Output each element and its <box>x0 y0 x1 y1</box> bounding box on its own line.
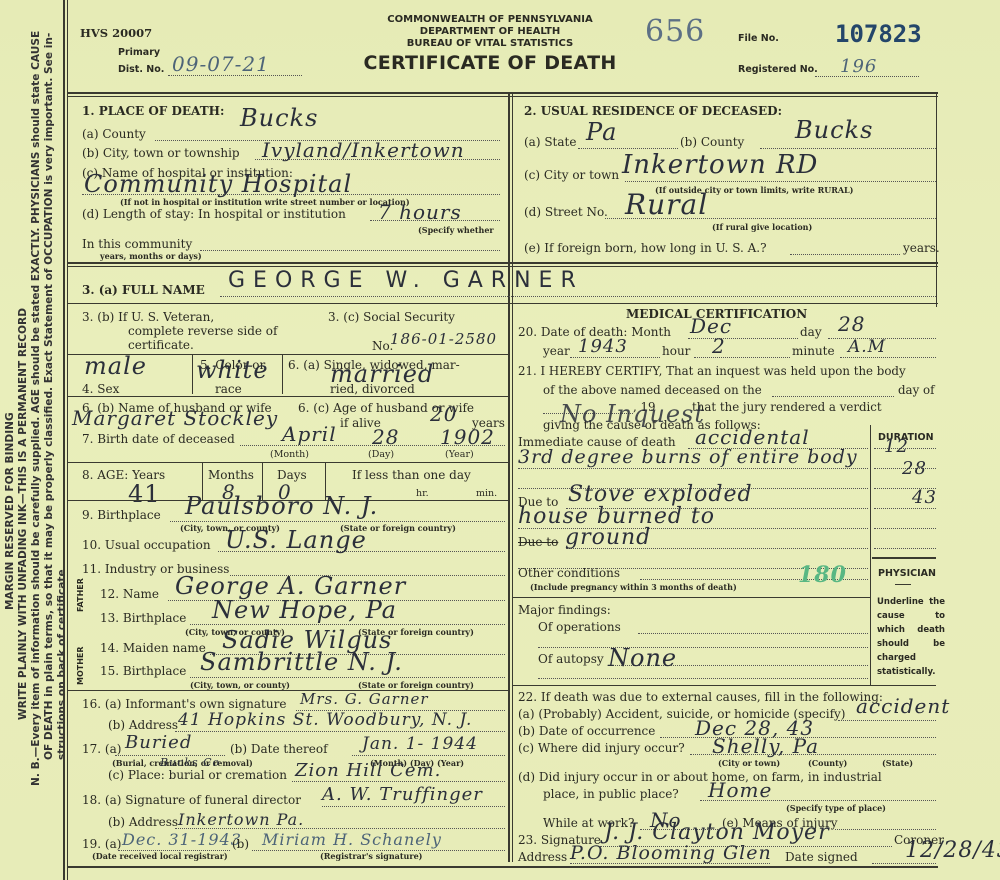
min-label: min. <box>476 488 497 499</box>
injury-place-label-1: (d) Did injury occur in or about home, o… <box>518 770 882 784</box>
death-certificate: MARGIN RESERVED FOR BINDING WRITE PLAINL… <box>0 0 1000 880</box>
veteran-label-2: complete reverse side of <box>128 324 277 338</box>
death-hour-label: hour <box>662 344 690 358</box>
injury-place-note: (Specify type of place) <box>786 803 886 813</box>
other-conditions-note: (Include pregnancy within 3 months of de… <box>530 582 737 592</box>
res-county-value[interactable]: Bucks <box>795 116 873 144</box>
funeral-address-value[interactable]: Inkertown Pa. <box>178 810 304 829</box>
page-title: CERTIFICATE OF DEATH <box>360 52 620 74</box>
form-code: HVS 20007 <box>80 26 152 40</box>
column-divider-inner <box>512 92 513 862</box>
frame-left <box>63 0 65 880</box>
res-state-value[interactable]: Pa <box>586 118 617 146</box>
pod-hospital-value[interactable]: Community Hospital <box>84 170 352 198</box>
funeral-director-value[interactable]: A. W. Truffinger <box>322 784 483 805</box>
mother-birthplace-state-note: (State or foreign country) <box>358 680 474 690</box>
agency-line-2: DEPARTMENT OF HEALTH <box>360 26 620 38</box>
external-type-value[interactable]: accident <box>856 694 950 718</box>
agency-line-3: BUREAU OF VITAL STATISTICS <box>360 38 620 50</box>
pod-city-label: (b) City, town or township <box>82 146 240 160</box>
res-foreign-label: (e) If foreign born, how long in U. S. A… <box>524 241 767 255</box>
margin-note-1: MARGIN RESERVED FOR BINDING <box>4 10 17 820</box>
race-value[interactable]: white <box>196 356 269 384</box>
ssn-label: 3. (c) Social Security <box>328 310 455 324</box>
certify-line-1: 21. I HEREBY CERTIFY, That an inquest wa… <box>518 364 906 378</box>
registered-no-label: Registered No. <box>738 64 818 75</box>
pod-city-value[interactable]: Ivyland/Inkertown <box>262 138 465 162</box>
certify-line-2: of the above named deceased on the <box>543 383 762 397</box>
file-no-value: 107823 <box>835 20 922 48</box>
injury-state-note: (State) <box>882 758 913 768</box>
race-label-2: race <box>215 382 242 396</box>
disposition-label: 17. (a) <box>82 742 121 756</box>
father-birthplace-label: 13. Birthplace <box>100 611 186 625</box>
registrar-signature-label: (b) <box>232 837 249 851</box>
sex-value[interactable]: male <box>84 352 147 380</box>
other-conditions-label: Other conditions <box>518 566 620 580</box>
death-year-label: year <box>543 344 570 358</box>
duration-value-1[interactable]: 12 <box>884 436 909 457</box>
duration-value-3[interactable]: 43 <box>912 487 937 508</box>
burial-place-annotation: Bucks Co <box>160 756 220 769</box>
other-conditions-stamp: 180 <box>798 562 847 588</box>
certify-line-2b: day of <box>898 383 934 397</box>
margin-note-4: OF DEATH in plain terms, so that it may … <box>43 10 56 820</box>
ssn-value[interactable]: 186-01-2580 <box>390 330 497 348</box>
binding-margin-notes: MARGIN RESERVED FOR BINDING WRITE PLAINL… <box>4 10 62 870</box>
father-name-label: 12. Name <box>100 587 159 601</box>
funeral-director-label: 18. (a) Signature of funeral director <box>82 793 301 807</box>
res-foreign-unit: years. <box>903 241 940 255</box>
frame-right-top <box>936 92 937 307</box>
certify-line-3b: that the jury rendered a verdict <box>692 400 882 414</box>
mother-birthplace-label: 15. Birthplace <box>100 664 186 678</box>
birth-year-note: (Year) <box>445 449 474 460</box>
occurrence-date-label: (b) Date of occurrence <box>518 724 655 738</box>
pod-community-note: years, months or days) <box>100 251 202 261</box>
registrar-date-value[interactable]: Dec. 31-1943 <box>122 830 242 849</box>
death-hour-value[interactable]: 2 <box>712 334 726 358</box>
burial-place-label: (c) Place: burial or cremation <box>108 768 287 782</box>
funeral-address-label: (b) Address <box>108 815 178 829</box>
birthplace-label: 9. Birthplace <box>82 508 161 522</box>
res-county-label: (b) County <box>680 135 744 149</box>
autopsy-label: Of autopsy <box>538 652 604 666</box>
birth-date-label: 7. Birth date of deceased <box>82 432 235 446</box>
mother-birthplace-value[interactable]: Sambrittle N. J. <box>200 648 403 676</box>
birth-day-value[interactable]: 28 <box>372 425 399 449</box>
res-city-value[interactable]: Inkertown RD <box>622 150 818 180</box>
less-than-day-label: If less than one day <box>352 468 471 482</box>
registered-no-value: 196 <box>840 56 877 77</box>
burial-date-value[interactable]: Jan. 1- 1944 <box>362 734 478 754</box>
coroner-address-label: Address <box>518 850 567 864</box>
injury-location-value[interactable]: Shelly, Pa <box>712 734 819 758</box>
injury-place-value[interactable]: Home <box>708 778 772 802</box>
res-city-label: (c) City or town <box>524 168 619 182</box>
dist-no-label: Dist. No. <box>118 64 164 75</box>
frame-left-inner <box>67 0 68 880</box>
burial-place-value[interactable]: Zion Hill Cem. <box>295 760 441 781</box>
injury-city-note: (City or town) <box>718 758 780 768</box>
pod-community-label: In this community <box>82 237 192 251</box>
hr-label: hr. <box>416 488 429 499</box>
due-to-2-value[interactable]: ground <box>565 525 651 550</box>
occupation-value[interactable]: U.S. Lange <box>225 526 367 554</box>
external-heading: 22. If death was due to external causes,… <box>518 690 883 704</box>
informant-signature-value[interactable]: Mrs. G. Garner <box>300 690 429 708</box>
full-name-value[interactable]: GEORGE W. GARNER <box>228 268 584 293</box>
registrar-signature-note: (Registrar's signature) <box>320 851 422 861</box>
file-no-label: File No. <box>738 33 779 44</box>
injury-location-label: (c) Where did injury occur? <box>518 741 685 755</box>
informant-signature-label: 16. (a) Informant's own signature <box>82 697 286 711</box>
burial-date-label: (b) Date thereof <box>230 742 328 756</box>
physician-note: Underline the cause to which death shoul… <box>877 595 945 679</box>
mother-maiden-label: 14. Maiden name <box>100 641 206 655</box>
birth-year-value[interactable]: 1902 <box>440 425 495 449</box>
father-birthplace-value[interactable]: New Hope, Pa <box>212 596 397 624</box>
inquest-marks: No Inquest <box>560 400 705 428</box>
mother-birthplace-city-note: (City, town, or county) <box>190 680 290 690</box>
duration-value-2[interactable]: 28 <box>902 458 927 479</box>
agency-line-1: COMMONWEALTH OF PENNSYLVANIA <box>360 14 620 26</box>
registrar-signature-value[interactable]: Miriam H. Schanely <box>262 830 442 849</box>
autopsy-value[interactable]: None <box>608 644 677 672</box>
sex-label: 4. Sex <box>82 382 119 396</box>
operations-label: Of operations <box>538 620 621 634</box>
veteran-label-3: certificate. <box>128 338 194 352</box>
pod-county-value[interactable]: Bucks <box>240 104 318 132</box>
father-side-label: FATHER <box>76 578 85 612</box>
cause-line-2[interactable]: 3rd degree burns of entire body <box>518 446 858 468</box>
registrar-date-note: (Date received local registrar) <box>92 851 228 861</box>
occupation-label: 10. Usual occupation <box>82 538 211 552</box>
pod-stay-value[interactable]: 7 hours <box>378 200 462 224</box>
place-of-death-heading: 1. PLACE OF DEATH: <box>82 104 224 118</box>
certificate-header: COMMONWEALTH OF PENNSYLVANIA DEPARTMENT … <box>360 14 620 74</box>
date-signed-value[interactable]: 12/28/43 <box>905 838 1000 863</box>
death-minute-label: minute <box>792 344 835 358</box>
spouse-value[interactable]: Margaret Stockley <box>72 406 278 430</box>
res-street-value[interactable]: Rural <box>625 188 708 221</box>
margin-note-3: N. B.—Every item of information should b… <box>30 10 43 820</box>
death-day-label: day <box>800 325 822 339</box>
death-day-value[interactable]: 28 <box>838 312 865 336</box>
column-divider <box>508 92 510 862</box>
veteran-label: 3. (b) If U. S. Veteran, <box>82 310 214 324</box>
marital-label-2: ried, divorced <box>330 382 415 396</box>
informant-address-label: (b) Address <box>108 718 178 732</box>
birth-month-value[interactable]: April <box>282 422 337 446</box>
date-signed-label: Date signed <box>785 850 858 864</box>
death-year-value[interactable]: 1943 <box>578 336 628 357</box>
mother-side-label: MOTHER <box>76 646 85 685</box>
res-street-label: (d) Street No. <box>524 205 608 219</box>
registrar-date-label: 19. (a) <box>82 837 121 851</box>
major-findings-label: Major findings: <box>518 603 611 617</box>
residence-heading: 2. USUAL RESIDENCE OF DECEASED: <box>524 104 782 118</box>
birth-day-note: (Day) <box>368 449 394 460</box>
birthplace-value[interactable]: Paulsboro N. J. <box>185 492 378 520</box>
pod-county-label: (a) County <box>82 127 146 141</box>
pod-stay-note: (Specify whether <box>418 225 494 235</box>
due-to-2-label: Due to <box>518 535 558 549</box>
informant-address-value[interactable]: 41 Hopkins St. Woodbury, N. J. <box>178 710 472 730</box>
margin-number: 656 <box>645 14 705 49</box>
death-minute-value[interactable]: A.M <box>848 337 886 357</box>
res-state-label: (a) State <box>524 135 576 149</box>
pod-hospital-note: (If not in hospital or institution write… <box>120 197 410 207</box>
margin-note-2: WRITE PLAINLY WITH UNFADING INK—THIS IS … <box>17 10 30 820</box>
physician-label: PHYSICIAN <box>878 568 936 579</box>
coroner-address-value[interactable]: P.O. Blooming Glen <box>570 842 772 864</box>
age-years-value[interactable]: 41 <box>128 480 161 508</box>
pod-stay-label: (d) Length of stay: In hospital or insti… <box>82 207 346 221</box>
res-street-note: (If rural give location) <box>712 222 812 232</box>
disposition-value[interactable]: Buried <box>125 732 192 753</box>
birth-month-note: (Month) <box>270 449 309 460</box>
full-name-label: 3. (a) FULL NAME <box>82 283 205 297</box>
spouse-age-value[interactable]: 20 <box>430 402 457 426</box>
injury-place-label-2: place, in public place? <box>543 787 679 801</box>
dist-no-value: 09-07-21 <box>172 52 270 76</box>
injury-county-note: (County) <box>808 758 847 768</box>
primary-label: Primary <box>118 47 160 58</box>
